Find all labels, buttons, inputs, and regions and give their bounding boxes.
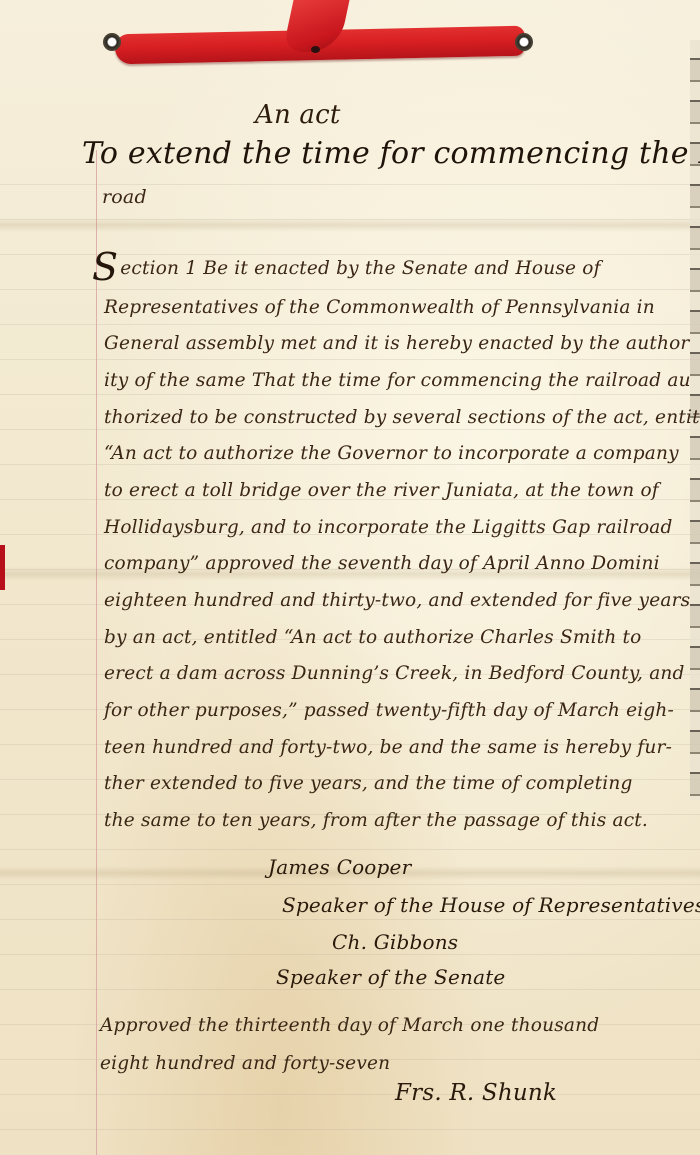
approval-line: Approved the thirteenth day of March one… xyxy=(100,1015,599,1036)
body-line: for other purposes,” passed twenty-fifth… xyxy=(104,700,674,721)
approval-line: eight hundred and forty-seven xyxy=(100,1053,390,1074)
subtitle-text: To extend the time for commencing the Li… xyxy=(82,136,700,171)
body-line: Hollidaysburg, and to incorporate the Li… xyxy=(104,517,673,538)
section-initial: S xyxy=(92,245,118,289)
senate-speaker-signature: Ch. Gibbons xyxy=(332,930,458,954)
body-line: thorized to be constructed by several se… xyxy=(104,407,700,428)
margin-line xyxy=(96,150,97,1155)
house-speaker-signature: James Cooper xyxy=(268,855,411,879)
act-subtitle-continued: road xyxy=(102,186,147,208)
fold-crease xyxy=(0,218,700,232)
body-line: ity of the same That the time for commen… xyxy=(104,370,691,391)
document-page: An act To extend the time for commencing… xyxy=(0,0,700,1155)
body-line: eighteen hundred and thirty-two, and ext… xyxy=(104,590,690,611)
body-line: General assembly met and it is hereby en… xyxy=(104,333,689,354)
governor-signature: Frs. R. Shunk xyxy=(395,1080,557,1106)
grommet-right-icon xyxy=(515,33,533,51)
act-title: An act xyxy=(255,100,341,130)
body-line: by an act, entitled “An act to authorize… xyxy=(104,627,642,648)
body-line: the same to ten years, from after the pa… xyxy=(104,810,648,831)
body-line: to erect a toll bridge over the river Ju… xyxy=(104,480,659,501)
act-subtitle: To extend the time for commencing the Li… xyxy=(82,136,700,171)
section-heading-text: ection 1 Be it enacted by the Senate and… xyxy=(120,258,600,279)
body-line: company” approved the seventh day of Apr… xyxy=(104,553,660,574)
grommet-left-icon xyxy=(103,33,121,51)
section-heading: Section 1 Be it enacted by the Senate an… xyxy=(92,248,601,286)
ribbon-hole-icon xyxy=(311,46,320,53)
senate-speaker-title: Speaker of the Senate xyxy=(276,965,505,989)
body-line: ther extended to five years, and the tim… xyxy=(104,773,633,794)
body-line: erect a dam across Dunning’s Creek, in B… xyxy=(104,663,685,684)
house-speaker-title: Speaker of the House of Representatives xyxy=(282,893,700,917)
body-line: Representatives of the Commonwealth of P… xyxy=(104,297,655,318)
body-line: teen hundred and forty-two, be and the s… xyxy=(104,737,672,758)
red-ribbon-tab xyxy=(0,545,5,590)
body-line: “An act to authorize the Governor to inc… xyxy=(104,443,679,464)
